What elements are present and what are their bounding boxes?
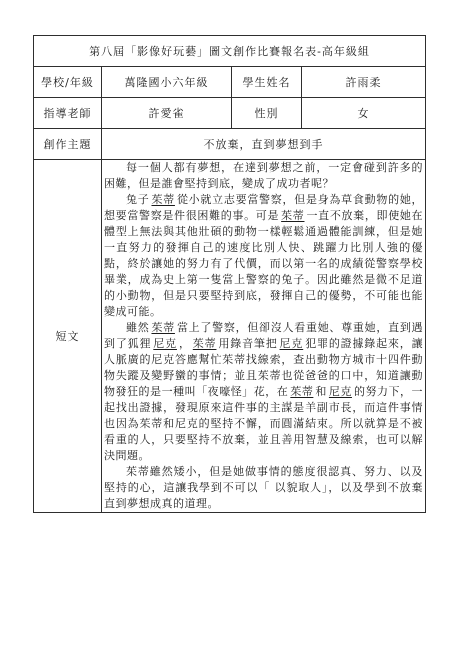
entry-form-table: 第八屆「影像好玩藝」圖文創作比賽報名表-高年級組 學校/年級 萬隆國小六年級 學… <box>33 35 426 513</box>
student-name-label: 學生姓名 <box>232 67 302 98</box>
proper-noun-underlined: 茱蒂 <box>290 385 313 398</box>
proper-noun-underlined: 茱蒂 <box>281 209 304 222</box>
essay-label: 短文 <box>34 160 102 513</box>
proper-noun-underlined: 尼克 <box>329 385 352 398</box>
essay-paragraph: 每一個人都有夢想，在達到夢想之前，一定會碰到許多的困難，但是誰會堅持到底，變成了… <box>104 160 423 192</box>
essay-paragraph: 雖然茱蒂當上了警察，但卻沒人看重她、尊重她，直到遇到了狐狸尼克，茱蒂用錄音筆把尼… <box>104 320 423 464</box>
proper-noun-underlined: 尼克 <box>280 337 304 350</box>
topic-label: 創作主題 <box>34 129 102 160</box>
topic-value: 不放棄，直到夢想到手 <box>102 129 426 160</box>
document-sheet: 第八屆「影像好玩藝」圖文創作比賽報名表-高年級組 學校/年級 萬隆國小六年級 學… <box>0 0 458 648</box>
teacher-value: 許愛雀 <box>102 98 232 129</box>
essay-text: 每一個人都有夢想，在達到夢想之前，一定會碰到許多的困難，但是誰會堅持到底，變成了… <box>104 160 423 512</box>
form-title: 第八屆「影像好玩藝」圖文創作比賽報名表-高年級組 <box>34 36 426 67</box>
topic-row: 創作主題 不放棄，直到夢想到手 <box>34 129 426 160</box>
teacher-gender-row: 指導老師 許愛雀 性別 女 <box>34 98 426 129</box>
teacher-label: 指導老師 <box>34 98 102 129</box>
essay-row: 短文 每一個人都有夢想，在達到夢想之前，一定會碰到許多的困難，但是誰會堅持到底，… <box>34 160 426 513</box>
proper-noun-underlined: 尼克 <box>153 337 177 350</box>
proper-noun-underlined: 茱蒂 <box>193 337 217 350</box>
proper-noun-underlined: 茱蒂 <box>151 321 174 334</box>
gender-label: 性別 <box>232 98 302 129</box>
essay-paragraph: 茱蒂雖然矮小，但是她做事情的態度很認真、努力、以及堅持的心，這讓我學到不可以「 … <box>104 464 423 512</box>
school-grade-value: 萬隆國小六年級 <box>102 67 232 98</box>
student-name-value: 許雨柔 <box>302 67 426 98</box>
essay-cell: 每一個人都有夢想，在達到夢想之前，一定會碰到許多的困難，但是誰會堅持到底，變成了… <box>102 160 426 513</box>
gender-value: 女 <box>302 98 426 129</box>
school-grade-label: 學校/年級 <box>34 67 102 98</box>
title-row: 第八屆「影像好玩藝」圖文創作比賽報名表-高年級組 <box>34 36 426 67</box>
school-student-row: 學校/年級 萬隆國小六年級 學生姓名 許雨柔 <box>34 67 426 98</box>
essay-paragraph: 兔子茱蒂從小就立志要當警察，但是身為草食動物的她，想要當警察是件很困難的事。可是… <box>104 192 423 320</box>
proper-noun-underlined: 茱蒂 <box>151 193 174 206</box>
